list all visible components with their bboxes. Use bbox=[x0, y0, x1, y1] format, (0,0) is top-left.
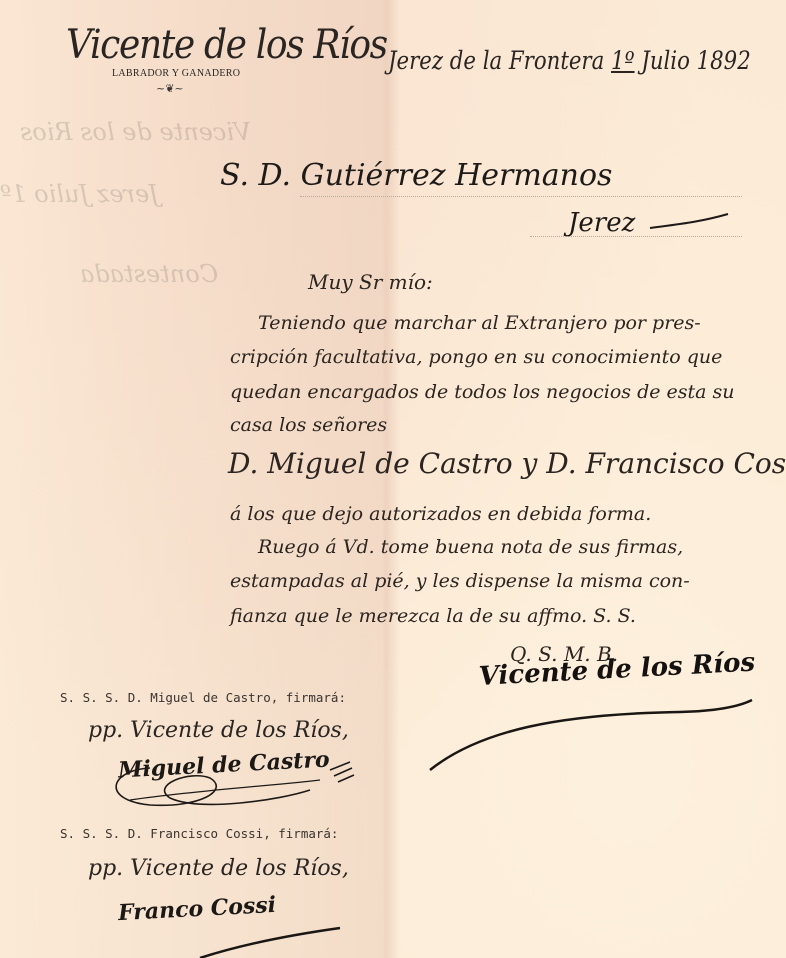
body-line: cripción facultativa, pongo en su conoci… bbox=[230, 346, 722, 368]
body-line: quedan encargados de todos los negocios … bbox=[230, 381, 735, 403]
addressee-rule bbox=[300, 196, 742, 197]
salutation: Muy Sr mío: bbox=[308, 270, 433, 294]
body-line: Ruego á Vd. tome buena nota de sus firma… bbox=[258, 536, 683, 558]
authorization-label: S. S. S. D. Miguel de Castro, firmará: bbox=[60, 690, 346, 705]
addressee-name: S. D. Gutiérrez Hermanos bbox=[220, 158, 612, 193]
date-place: Jerez de la Frontera bbox=[388, 46, 604, 75]
body-line: fianza que le merezca la de su affmo. S.… bbox=[230, 605, 636, 627]
letterhead-name: Vicente de los Ríos bbox=[66, 22, 387, 68]
letterhead-subtitle: LABRADOR Y GANADERO bbox=[112, 68, 240, 79]
handwritten-signature: Franco Cossi bbox=[117, 892, 276, 926]
pp-line: pp. Vicente de los Ríos, bbox=[88, 856, 349, 881]
dateline: Jerez de la Frontera 1º Julio 1892 bbox=[388, 46, 751, 75]
named-persons: D. Miguel de Castro y D. Francisco Cossi bbox=[228, 447, 786, 480]
body-line: estampadas al pié, y les dispense la mis… bbox=[230, 570, 690, 592]
bleed-through-text: Jerez Julio 1º bbox=[0, 180, 159, 208]
body-line: Teniendo que marchar al Extranjero por p… bbox=[258, 312, 701, 334]
handwritten-signature: Miguel de Castro bbox=[117, 746, 330, 783]
ornament-icon: ~❦~ bbox=[156, 82, 184, 95]
addressee-city-rule bbox=[530, 236, 742, 237]
date-day: 1º bbox=[611, 46, 635, 75]
body-line: á los que dejo autorizados en debida for… bbox=[230, 503, 651, 525]
date-month-year: Julio 1892 bbox=[641, 46, 750, 75]
bleed-through-text: Vicente de los Rios bbox=[20, 118, 251, 146]
bleed-through-text: Contestada bbox=[80, 260, 218, 288]
pp-line: pp. Vicente de los Ríos, bbox=[88, 718, 349, 743]
body-line: casa los señores bbox=[230, 414, 387, 436]
addressee-city: Jerez bbox=[568, 208, 635, 238]
authorization-label: S. S. S. D. Francisco Cossi, firmará: bbox=[60, 826, 338, 841]
